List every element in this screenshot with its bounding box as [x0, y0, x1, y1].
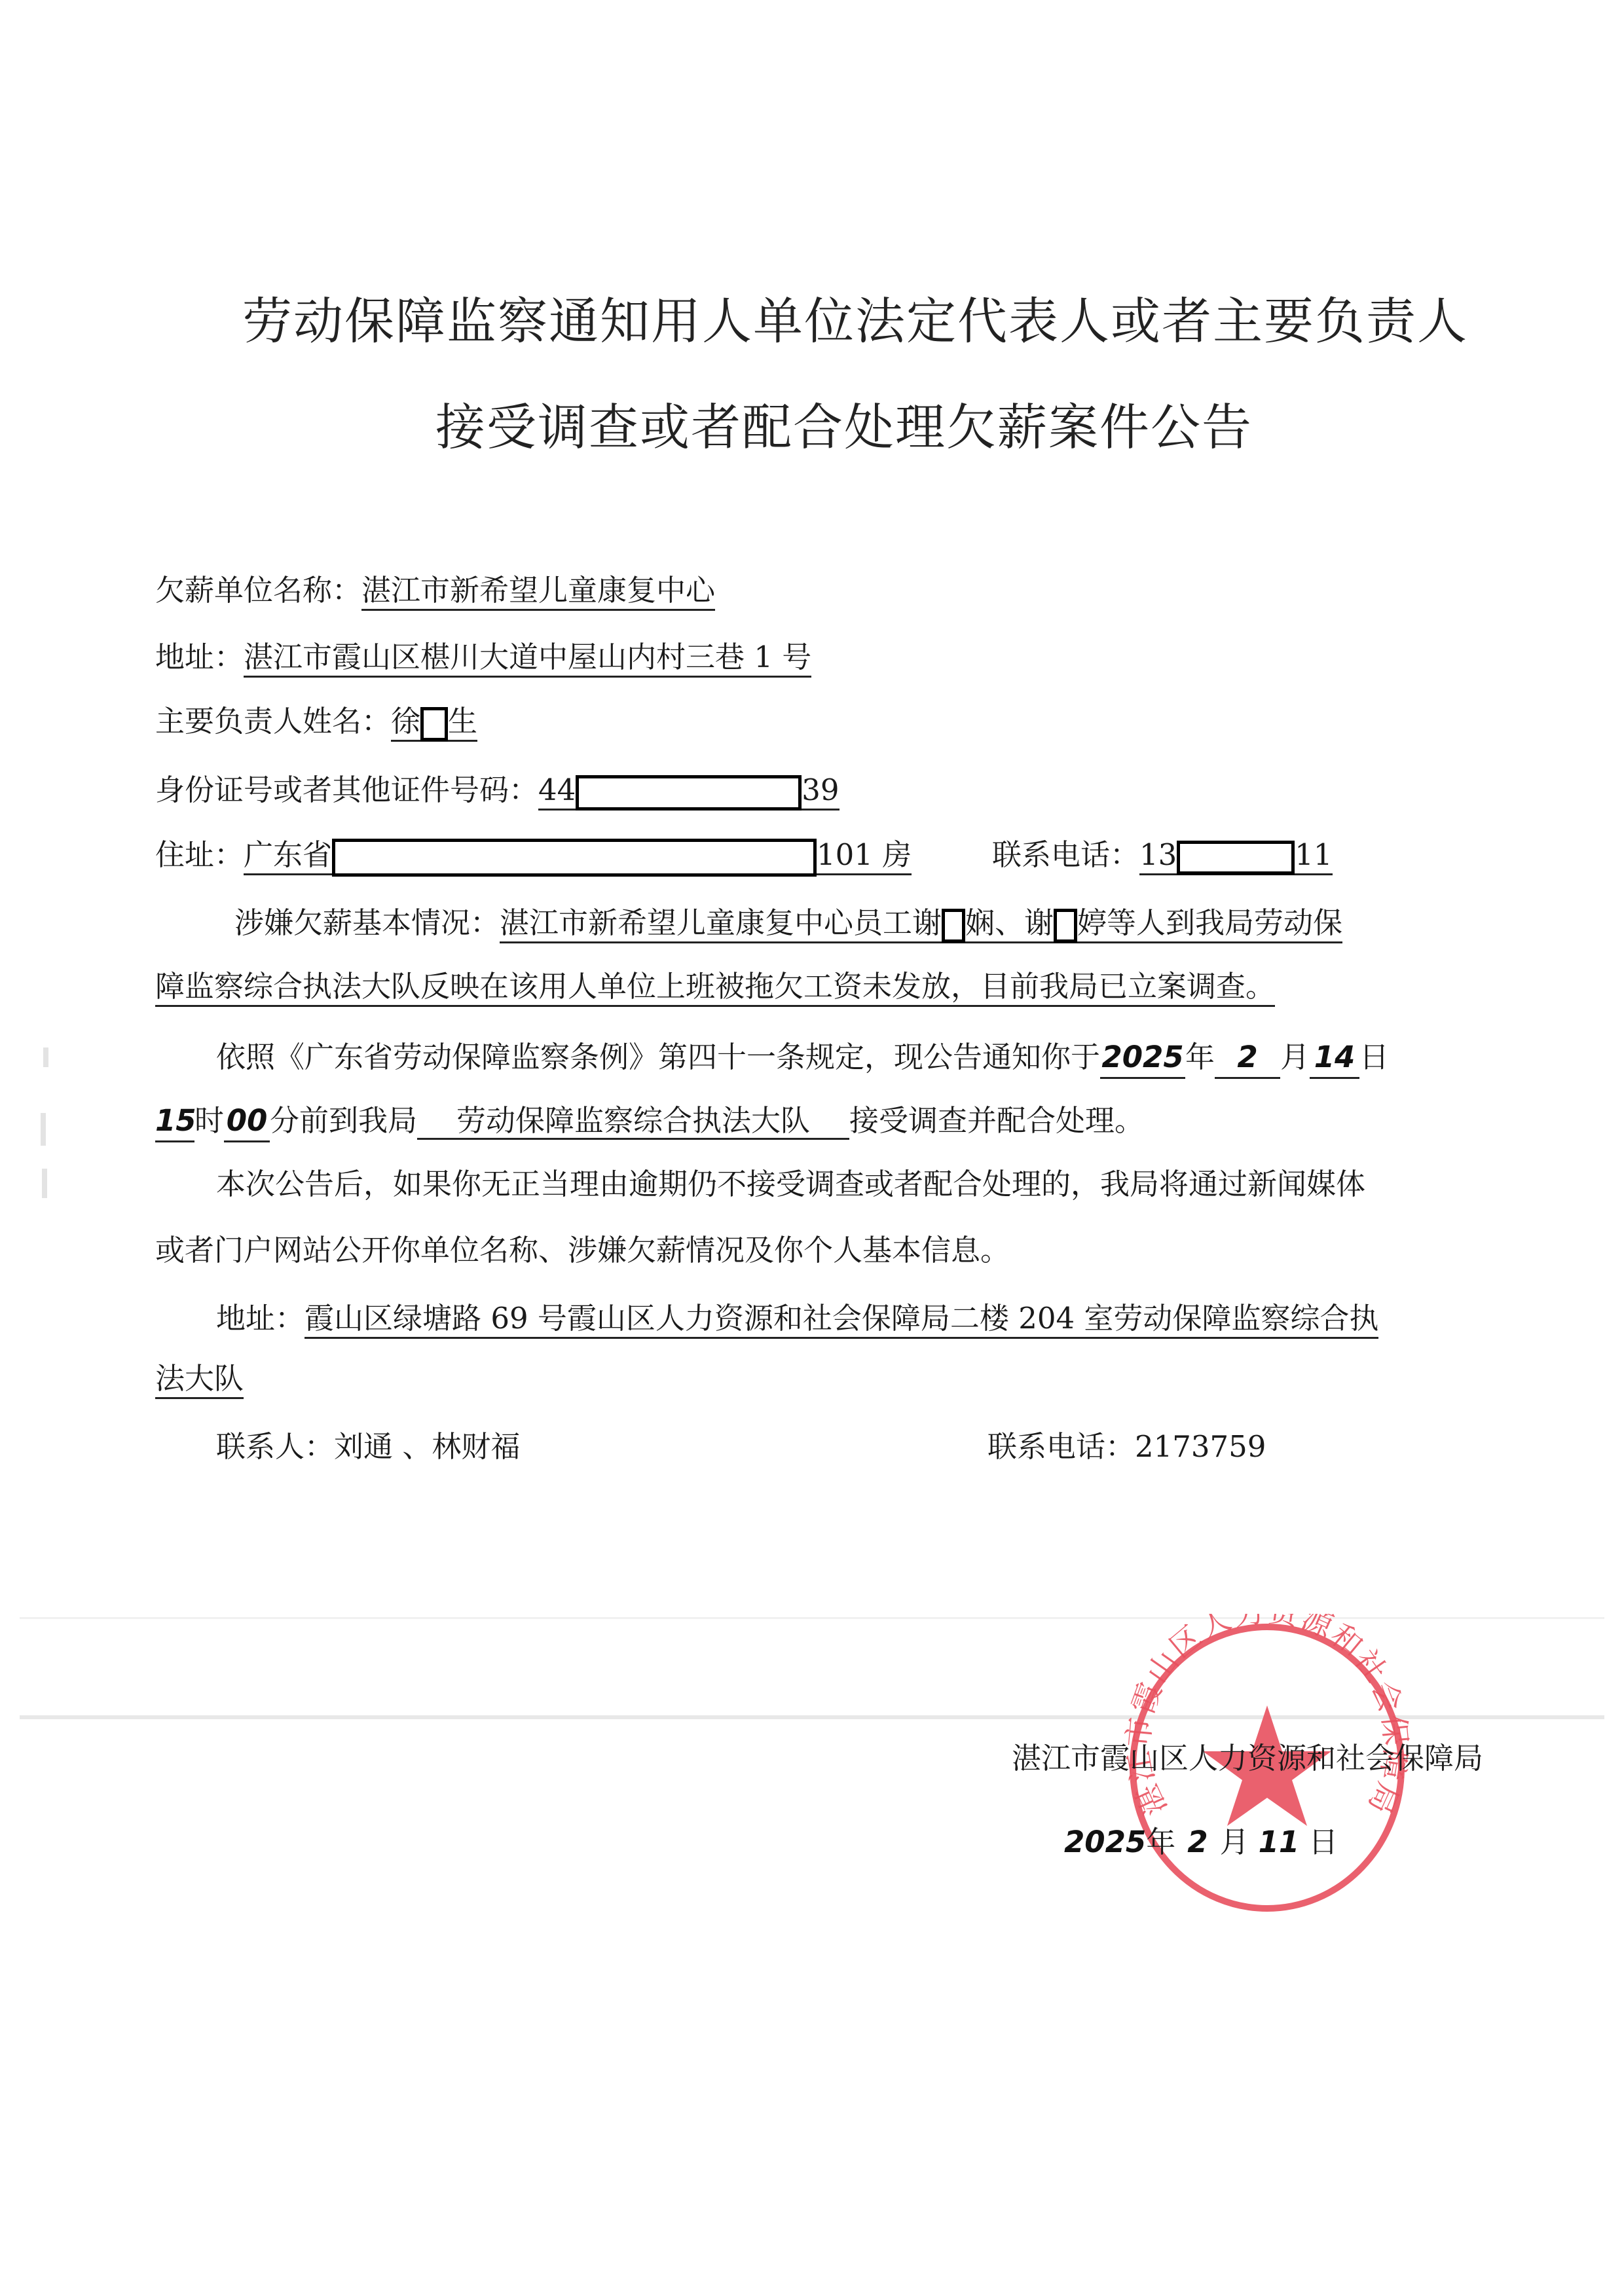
handwritten-month: 2 [1175, 1825, 1219, 1859]
notice-text: 依照《广东省劳动保障监察条例》第四十一条规定，现公告通知你于 [216, 1040, 1100, 1074]
unit-text: 月 [1280, 1040, 1310, 1074]
person-name-prefix: 徐 [391, 704, 420, 738]
id-prefix: 44 [538, 773, 576, 807]
bureau-address-line2: 法大队 [155, 1359, 244, 1398]
situation-text: 娴、谢 [965, 905, 1054, 940]
contact-person-label: 联系人： [216, 1429, 334, 1464]
contact-persons-row: 联系人：刘通 、林财福 [216, 1427, 520, 1467]
phone-prefix: 13 [1139, 837, 1177, 872]
person-name-suffix: 生 [448, 704, 477, 738]
bureau-address-value: 霞山区绿塘路 69 号霞山区人力资源和社会保障局二楼 204 室劳动保障监察综合… [304, 1301, 1378, 1339]
contact-phone: 2173759 [1135, 1429, 1266, 1464]
redaction-box [332, 839, 817, 877]
notice-text: 分前到我局 [270, 1103, 417, 1138]
handwritten-year: 2025 [1100, 1038, 1185, 1079]
redaction-box [942, 909, 965, 943]
address-row: 地址：湛江市霞山区椹川大道中屋山内村三巷 1 号 [155, 638, 811, 677]
margin-mark [43, 1048, 48, 1067]
unit-name-value: 湛江市新希望儿童康复中心 [361, 573, 715, 611]
phone-row: 联系电话：1311 [992, 835, 1333, 875]
situation-line1: 涉嫌欠薪基本情况：湛江市新希望儿童康复中心员工谢娴、谢婷等人到我局劳动保 [234, 903, 1342, 943]
margin-mark [41, 1113, 46, 1146]
notice-line2: 15时00分前到我局劳动保障监察综合执法大队接受调查并配合处理。 [155, 1101, 1144, 1142]
unit-text: 时 [194, 1103, 224, 1138]
person-label: 主要负责人姓名： [155, 704, 391, 738]
office-name: 劳动保障监察综合执法大队 [417, 1103, 849, 1140]
situation-text: 湛江市新希望儿童康复中心员工谢 [500, 905, 942, 940]
phone-suffix: 11 [1295, 837, 1332, 872]
contact-phone-row: 联系电话：2173759 [987, 1427, 1266, 1467]
bureau-address-label: 地址： [216, 1301, 304, 1336]
redaction-box [1054, 909, 1077, 943]
residence-label: 住址： [155, 837, 244, 872]
residence-suffix: 101 房 [817, 837, 912, 872]
bureau-address-line1: 地址：霞山区绿塘路 69 号霞山区人力资源和社会保障局二楼 204 室劳动保障监… [216, 1299, 1378, 1338]
contact-persons: 刘通 、林财福 [334, 1429, 520, 1464]
document-title-line1: 劳动保障监察通知用人单位法定代表人或者主要负责人 [242, 282, 1468, 353]
situation-text: 障监察综合执法大队反映在该用人单位上班被拖欠工资未发放，目前我局已立案调查。 [155, 969, 1275, 1007]
situation-label: 涉嫌欠薪基本情况： [234, 905, 500, 940]
id-suffix: 39 [802, 773, 839, 807]
handwritten-day: 14 [1310, 1038, 1359, 1079]
redaction-box [420, 707, 448, 741]
handwritten-month: 2 [1215, 1038, 1280, 1079]
unit-text: 日 [1359, 1040, 1389, 1074]
issuing-authority: 湛江市霞山区人力资源和社会保障局 [1012, 1739, 1483, 1778]
address-value: 湛江市霞山区椹川大道中屋山内村三巷 1 号 [244, 640, 811, 678]
situation-text: 婷等人到我局劳动保 [1077, 905, 1342, 940]
issue-date: 2025年2月11日 [1064, 1823, 1338, 1862]
document-title-line2: 接受调查或者配合处理欠薪案件公告 [435, 388, 1253, 459]
residence-row: 住址：广东省101 房 [155, 835, 912, 877]
bureau-address-value: 法大队 [155, 1361, 244, 1399]
person-row: 主要负责人姓名：徐生 [155, 702, 477, 741]
unit-name-row: 欠薪单位名称：湛江市新希望儿童康复中心 [155, 571, 715, 610]
unit-text: 日 [1308, 1825, 1338, 1859]
situation-line2: 障监察综合执法大队反映在该用人单位上班被拖欠工资未发放，目前我局已立案调查。 [155, 967, 1275, 1006]
handwritten-hour: 15 [155, 1101, 194, 1142]
redaction-box [1177, 841, 1295, 875]
redaction-box [576, 775, 802, 811]
consequence-line2: 或者门户网站公开你单位名称、涉嫌欠薪情况及你个人基本信息。 [155, 1231, 1010, 1270]
margin-mark [42, 1169, 47, 1198]
unit-text: 月 [1220, 1825, 1249, 1859]
id-label: 身份证号或者其他证件号码： [155, 773, 538, 807]
notice-line1: 依照《广东省劳动保障监察条例》第四十一条规定，现公告通知你于2025年2月14日 [216, 1038, 1389, 1079]
residence-prefix: 广东省 [244, 837, 332, 872]
phone-label: 联系电话： [992, 837, 1139, 872]
handwritten-minute: 00 [224, 1101, 270, 1142]
unit-name-label: 欠薪单位名称： [155, 573, 361, 608]
address-label: 地址： [155, 640, 244, 674]
handwritten-year: 2025 [1064, 1825, 1146, 1859]
notice-text: 接受调查并配合处理。 [849, 1103, 1144, 1138]
id-row: 身份证号或者其他证件号码：4439 [155, 771, 840, 811]
handwritten-day: 11 [1249, 1825, 1309, 1859]
contact-phone-label: 联系电话： [987, 1429, 1135, 1464]
consequence-line1: 本次公告后，如果你无正当理由逾期仍不接受调查或者配合处理的，我局将通过新闻媒体 [216, 1165, 1365, 1204]
unit-text: 年 [1185, 1040, 1215, 1074]
unit-text: 年 [1146, 1825, 1175, 1859]
